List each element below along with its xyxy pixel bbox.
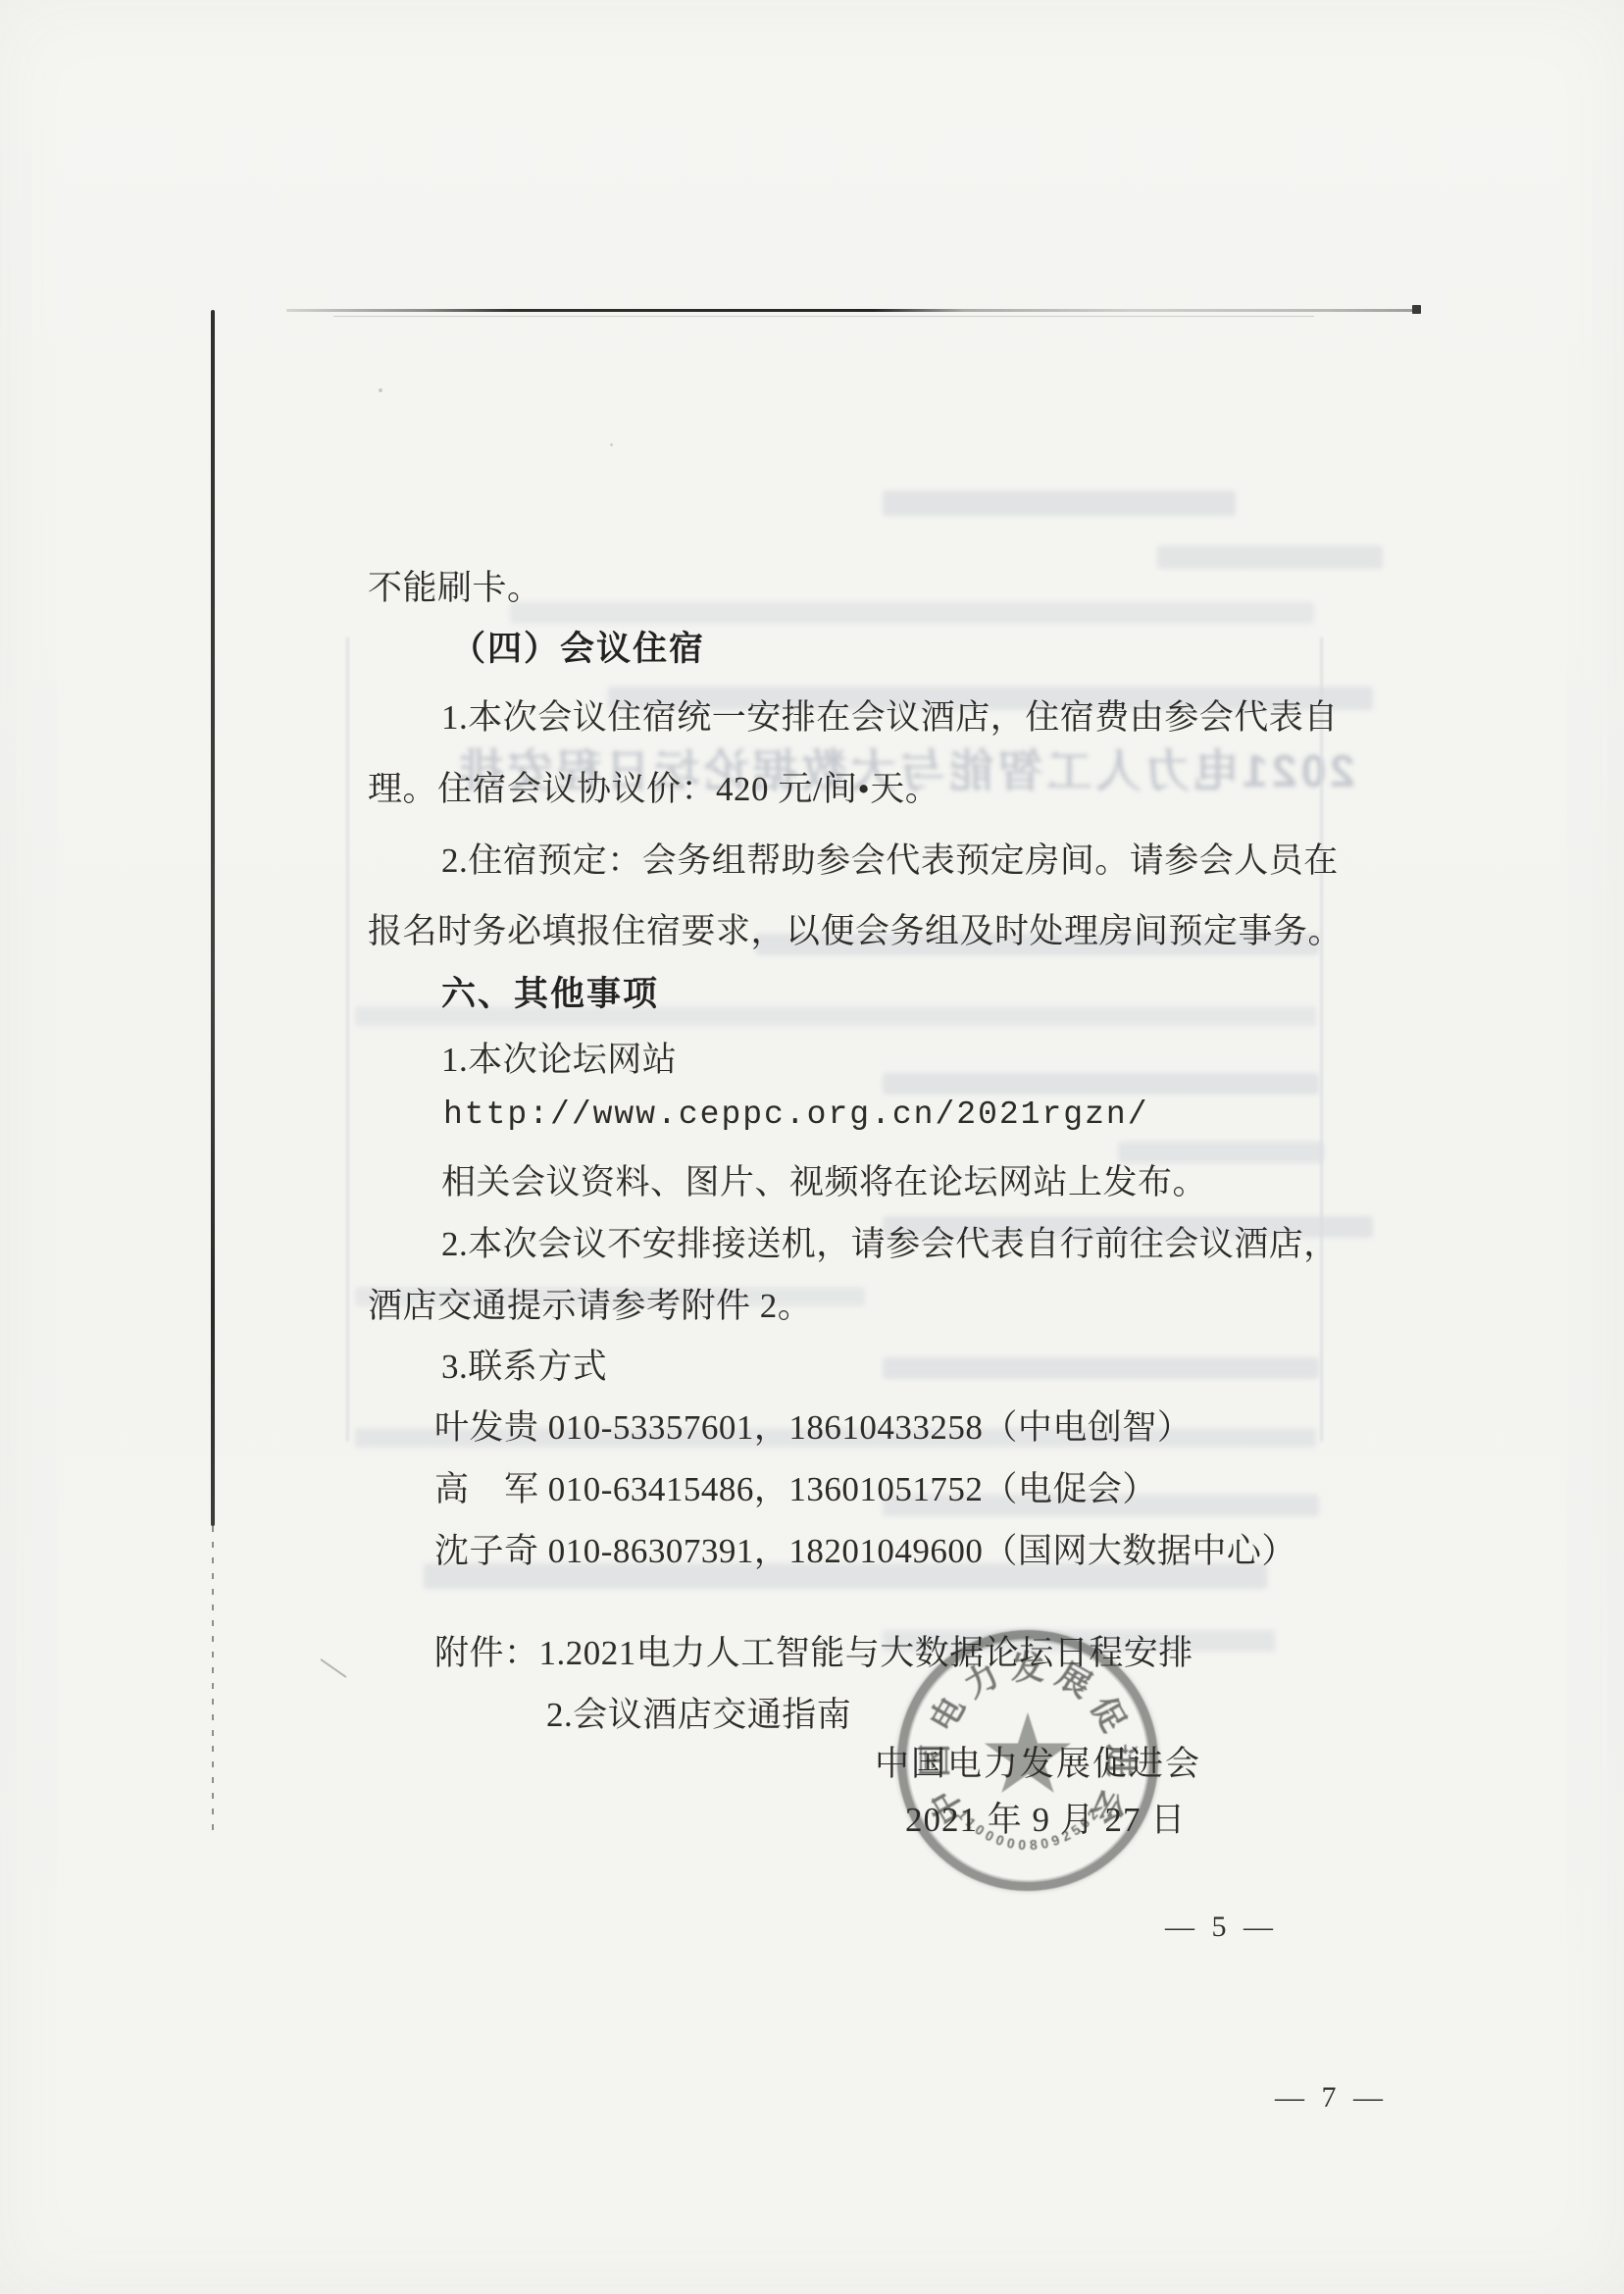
contact-ye-fagui: 叶发贵 010-53357601，18610433258（中电创智） <box>434 1401 1192 1450</box>
bleed-through-smudge <box>883 490 1236 516</box>
para-booking-line-1: 2.住宿预定：会务组帮助参会代表预定房间。请参会人员在 <box>441 834 1339 883</box>
signature-org-name: 中国电力发展促进会 <box>875 1737 1201 1786</box>
note-no-card-line: 不能刷卡。 <box>368 561 542 610</box>
scan-artifact-top-line-echo <box>333 316 1314 317</box>
para-accommodation-line-1: 1.本次会议住宿统一安排在会议酒店，住宿费由参会代表自 <box>441 690 1339 739</box>
scan-speck <box>610 443 613 446</box>
scan-artifact-top-line <box>286 309 1416 312</box>
signature-date: 2021 年 9 月 27 日 <box>905 1793 1186 1842</box>
item-no-shuttle-line-1: 2.本次会议不安排接送机，请参会代表自行前往会议酒店， <box>441 1217 1339 1266</box>
bleed-through-table-border <box>346 637 349 1442</box>
scan-artifact-left-line <box>211 310 215 1526</box>
bleed-through-table-border <box>1320 637 1323 1442</box>
bleed-through-smudge <box>883 1357 1319 1379</box>
scan-pen-mark <box>320 1658 346 1678</box>
scanned-document-page: 2021电力人工智能与大数据论坛日程安排 中国电力发展促进会 110000080… <box>0 0 1624 2294</box>
scan-artifact-left-line-dotted <box>212 1526 214 1830</box>
attachment-1-line: 附件：1.2021电力人工智能与大数据论坛日程安排 <box>434 1626 1193 1675</box>
item-materials-release: 相关会议资料、图片、视频将在论坛网站上发布。 <box>441 1155 1207 1204</box>
attachment-2-line: 2.会议酒店交通指南 <box>546 1688 851 1737</box>
para-booking-line-2: 报名时务必填报住宿要求，以便会务组及时处理房间预定事务。 <box>368 904 1343 953</box>
item-forum-website-label: 1.本次论坛网站 <box>441 1033 677 1082</box>
bleed-through-smudge <box>510 602 1314 624</box>
scan-artifact-corner-dot <box>1412 305 1421 314</box>
footer-page-number: — 7 — <box>1275 2081 1388 2115</box>
heading-section-4-accommodation: （四）会议住宿 <box>451 622 705 671</box>
item-contacts-heading: 3.联系方式 <box>441 1340 607 1389</box>
item-no-shuttle-line-2: 酒店交通提示请参考附件 2。 <box>368 1279 812 1328</box>
scan-speck <box>379 388 382 392</box>
bleed-through-smudge <box>883 1073 1319 1095</box>
contact-gao-jun: 高 军 010-63415486，13601051752（电促会） <box>434 1462 1157 1511</box>
bleed-through-smudge <box>1157 545 1383 569</box>
heading-section-6-other: 六、其他事项 <box>441 967 659 1016</box>
forum-url-text: http://www.ceppc.org.cn/2021rgzn/ <box>443 1096 1149 1133</box>
para-accommodation-line-2: 理。住宿会议协议价：420 元/间•天。 <box>368 762 939 811</box>
bleed-through-layer: 2021电力人工智能与大数据论坛日程安排 <box>0 0 1624 2294</box>
inner-page-number: — 5 — <box>1165 1911 1278 1944</box>
contact-shen-ziqi: 沈子奇 010-86307391，18201049600（国网大数据中心） <box>434 1524 1296 1573</box>
